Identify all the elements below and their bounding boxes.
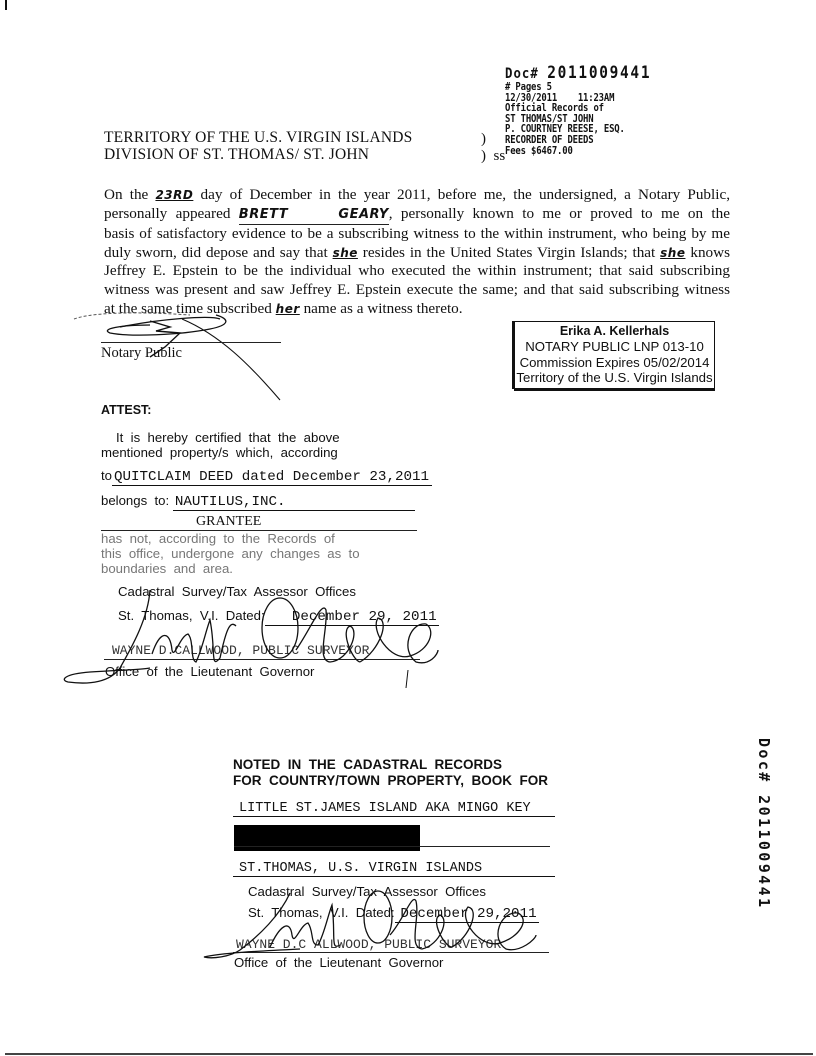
doc-number: 2011009441 [547,63,651,83]
recorder-title: RECORDER OF DEEDS [505,135,651,146]
noted-heading: NOTED IN THE CADASTRAL RECORDS [233,757,502,772]
notary-name: Erika A. Kellerhals [515,324,714,339]
text: knows [690,244,730,261]
blank-line [234,846,550,847]
handwritten-witness-name: BRETT GEARY [239,207,389,222]
page-bottom-edge [5,1053,813,1055]
attest-text: belongs to: [101,493,169,508]
recording-stamp: Doc# 2011009441 # Pages 5 12/30/2011 11:… [505,66,651,156]
attest-text: boundaries and area. [101,561,233,576]
notary-seal: Erika A. Kellerhals NOTARY PUBLIC LNP 01… [514,321,715,389]
property-location: ST.THOMAS, U.S. VIRGIN ISLANDS [233,861,555,877]
notary-signature-line [101,342,281,343]
text: duly sworn, did depose and say that [104,244,328,261]
grantee-role: GRANTEE [196,514,261,530]
surveyor-signature [200,895,540,975]
caption-bracket: ) [481,131,486,148]
noted-heading: FOR COUNTRY/TOWN PROPERTY, BOOK FOR [233,773,548,788]
text: Jeffrey E. Epstein to be the individual … [104,262,730,281]
notary-public-label: Notary Public [101,345,182,362]
acknowledgment-paragraph: On the 23RD day of December in the year … [104,186,730,318]
grantee-name: NAUTILUS,INC. [173,494,415,511]
margin-doc-number: Doc# 2011009441 [755,738,773,909]
doc-label: Doc# [505,66,539,82]
caption-bracket-ss: ) ss [481,148,505,165]
attest-text: to [101,468,112,483]
notary-commission-number: NOTARY PUBLIC LNP 013-10 [515,339,714,354]
caption-territory: TERRITORY OF THE U.S. VIRGIN ISLANDS [104,129,412,146]
page-count: # Pages 5 [505,82,651,93]
text: basis of satisfactory evidence to be a s… [104,225,730,244]
text: day of December in the year 2011, before… [201,186,730,203]
handwritten-pronoun: she [333,246,358,260]
attest-text: has not, according to the Records of [101,531,335,546]
instrument-description: QUITCLAIM DEED dated December 23,2011 [112,469,432,486]
text: witness was present and saw Jeffrey E. E… [104,281,730,300]
attest-text: this office, undergone any changes as to [101,546,360,561]
commission-expiration: Commission Expires 05/02/2014 [515,355,714,370]
property-description: LITTLE ST.JAMES ISLAND AKA MINGO KEY [233,801,555,817]
attest-heading: ATTEST: [101,403,151,417]
recording-fees: Fees $6467.00 [505,146,651,157]
redaction-bar [234,825,420,851]
notary-territory: Territory of the U.S. Virgin Islands [515,370,714,385]
text: resides in the United States Virgin Isla… [363,244,655,261]
handwritten-pronoun: she [660,246,685,260]
text: On the [104,186,148,203]
text: , personally known to me or proved to me… [389,205,730,222]
text: name as a witness thereto. [304,300,463,317]
venue-caption: TERRITORY OF THE U.S. VIRGIN ISLANDS DIV… [104,129,412,163]
attest-text: It is hereby certified that the above [116,430,340,445]
surveyor-signature [60,590,440,690]
handwritten-day: 23RD [155,188,193,202]
scan-edge-mark [5,0,7,10]
caption-division: DIVISION OF ST. THOMAS/ ST. JOHN [104,146,412,163]
attest-text: mentioned property/s which, according [101,445,338,460]
text: personally appeared [104,205,230,222]
